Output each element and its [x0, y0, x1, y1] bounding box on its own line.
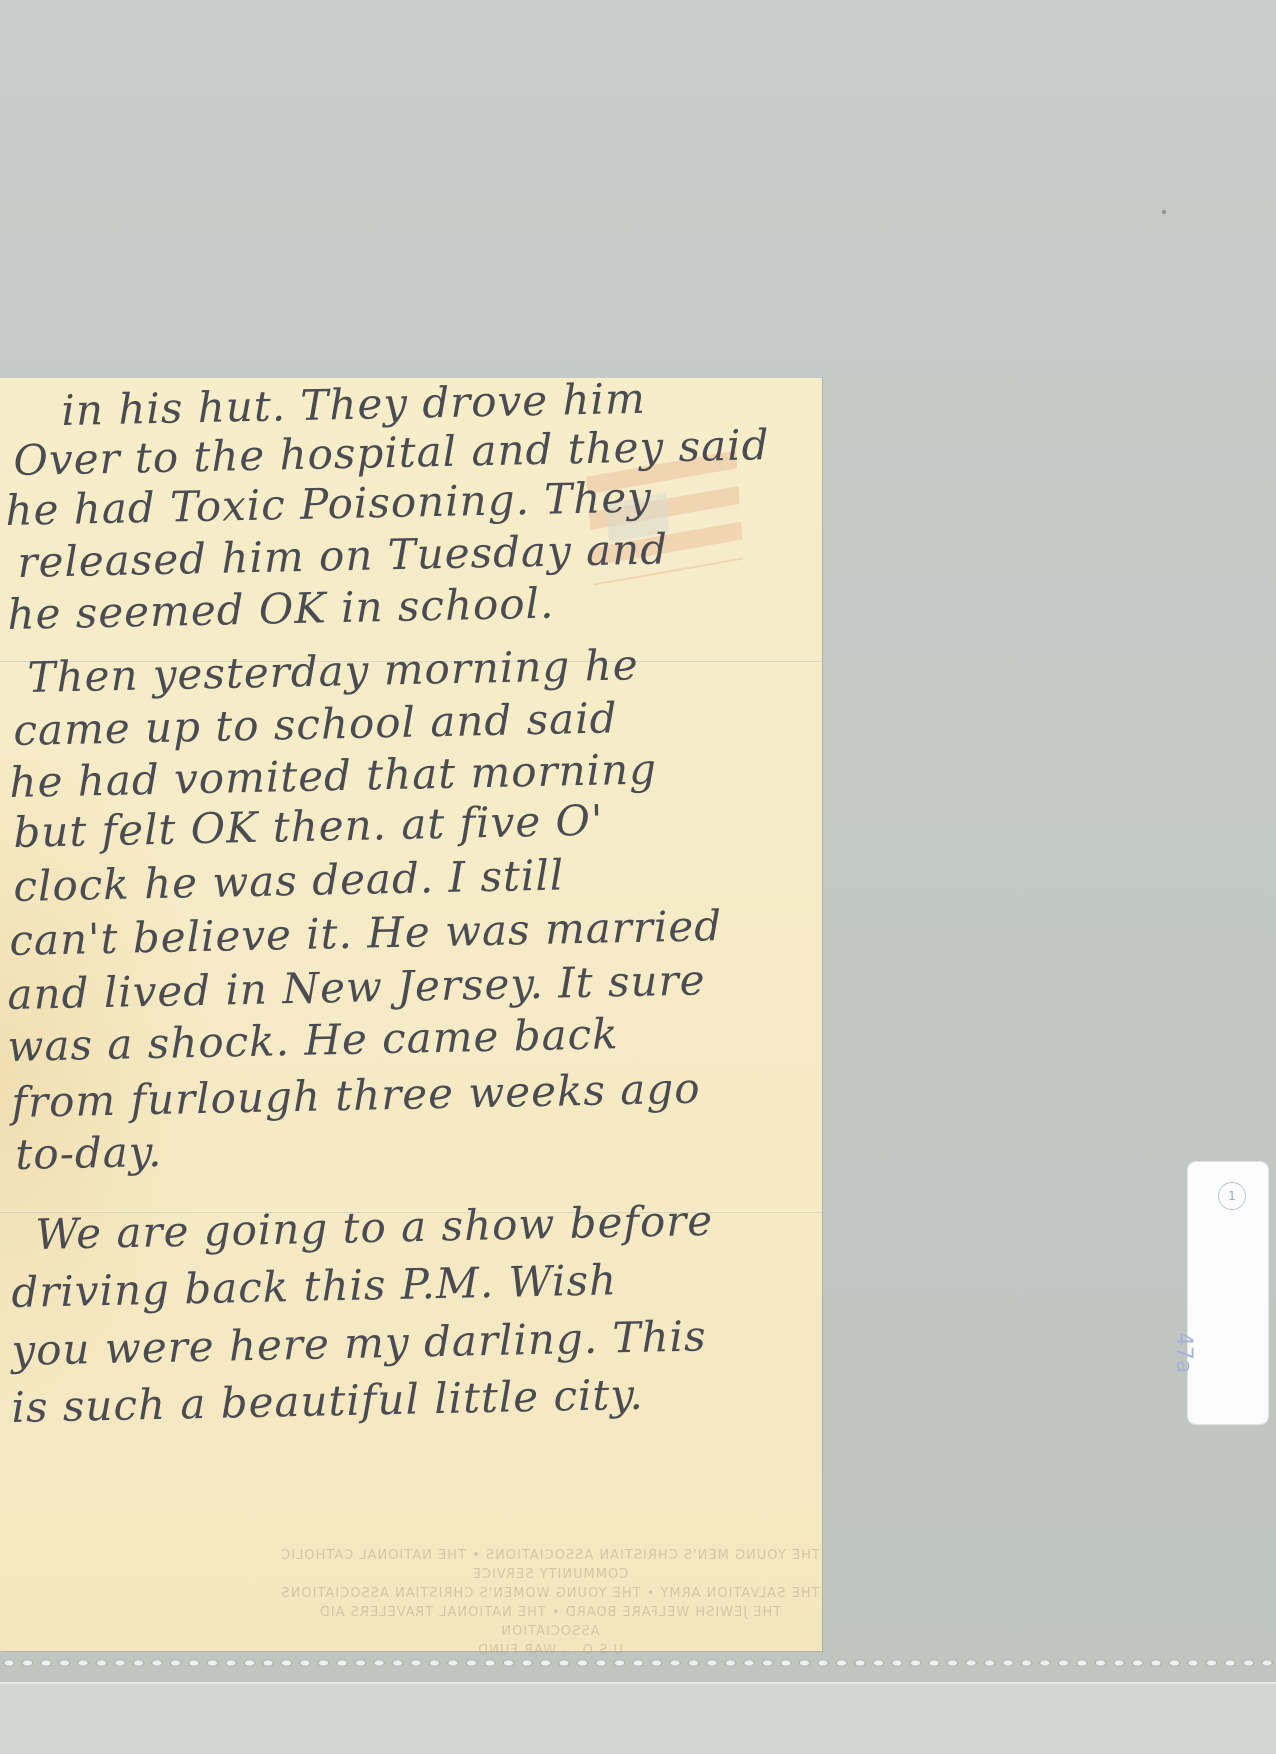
imprint-line: The Salvation Army • The Young Women's C… — [280, 1584, 820, 1603]
letter-line: he seemed OK in school. — [7, 579, 555, 639]
letter-line: was a shock. He came back — [7, 1009, 619, 1071]
letter-line: you were here my darling. This — [11, 1311, 707, 1375]
letter-line: from furlough three weeks ago — [11, 1064, 701, 1127]
letter-page: in his hut. They drove him Over to the h… — [0, 378, 822, 1651]
letter-line: came up to school and said — [13, 693, 618, 755]
imprint-line: The Young Men's Christian Associations •… — [280, 1546, 820, 1584]
dust-speck — [1162, 210, 1166, 214]
letter-line: driving back this P.M. Wish — [11, 1255, 618, 1317]
archive-code: 47a — [1171, 1332, 1196, 1412]
letter-line: clock he was dead. I still — [13, 850, 565, 911]
archival-sleeve-lower-band — [0, 1682, 1276, 1754]
page-number-circle: 1 — [1218, 1182, 1246, 1210]
imprint-line: The Jewish Welfare Board • The National … — [280, 1603, 820, 1641]
letter-line: Then yesterday morning he — [27, 640, 639, 702]
letter-line: to-day. — [15, 1127, 163, 1179]
archive-label-tab: 1 47a — [1188, 1162, 1268, 1424]
imprint-line: U S O ... War Fund — [280, 1641, 820, 1660]
letter-line: can't believe it. He was married — [9, 901, 723, 965]
letter-line: We are going to a show before — [35, 1196, 714, 1259]
letter-line: released him on Tuesday and — [17, 524, 669, 587]
letter-line: is such a beautiful little city. — [11, 1370, 644, 1432]
uso-imprint-showthrough: The Young Men's Christian Associations •… — [280, 1546, 820, 1660]
